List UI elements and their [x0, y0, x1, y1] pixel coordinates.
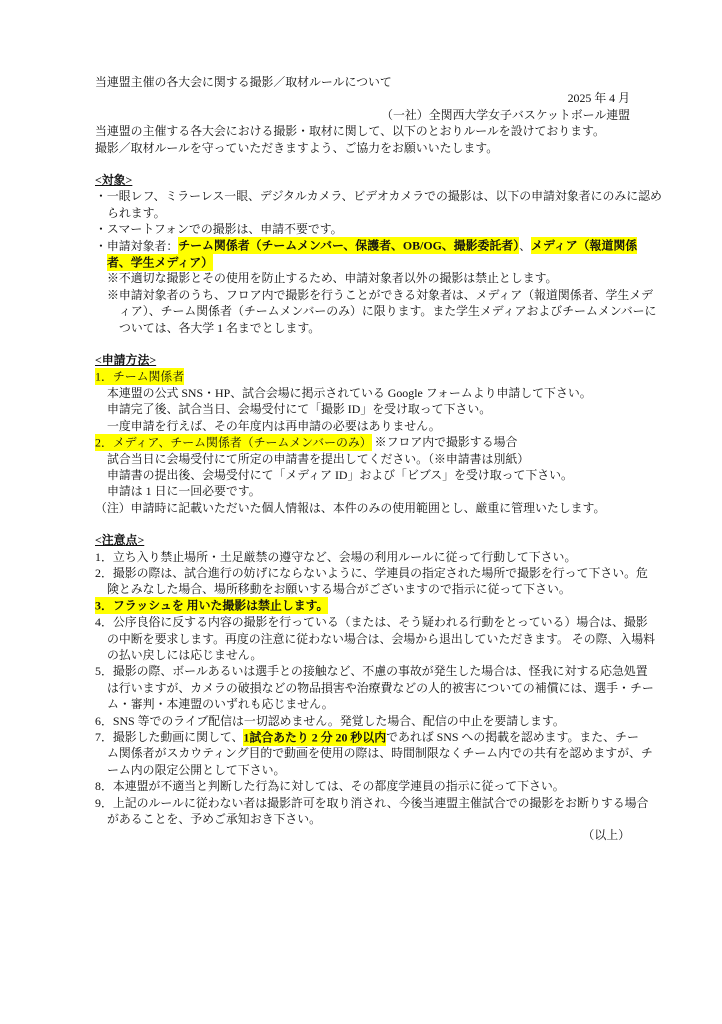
doc-line: ・一眼レフ、ミラーレス一眼、デジタルカメラ、ビデオカメラでの撮影は、以下の申請対…: [95, 188, 630, 204]
text-run: 試合当日に会場受付にて所定の申請書を提出してください。（※申請書は別紙）: [107, 452, 529, 466]
document-body: 当連盟主催の各大会に関する撮影／取材ルールについて2025 年 4 月（一社）全…: [95, 74, 630, 844]
text-run: （一社）全関西大学女子バスケットボール連盟: [381, 108, 630, 122]
doc-intro-line: 撮影／取材ルールを守っていただきますよう、ご協力をお願いいたします。: [95, 140, 630, 156]
doc-line: の払い戻しには応じません。: [107, 647, 630, 663]
text-run: ・スマートフォンでの撮影は、申請不要です。: [95, 222, 343, 236]
text-run: 1．立ち入り禁止場所・土足厳禁の遵守など、会場の利用ルールに従って行動して下さい…: [95, 550, 576, 564]
text-run: 8．本連盟が不適当と判断した行為に対しては、その都度学連員の指示に従って下さい。: [95, 779, 565, 793]
text-run: は行いますが、カメラの破損などの物品損害や治療費などの人的被害についての補償には…: [107, 681, 654, 695]
highlighted-text: チーム関係者（チームメンバー、保護者、OB/OG、撮影委託者）: [178, 237, 519, 254]
doc-line: ・申請対象者：チーム関係者（チームメンバー、保護者、OB/OG、撮影委託者）、メ…: [95, 238, 630, 254]
text-run: 2．撮影の際は、試合進行の妨げにならないように、学連員の指定された場所で撮影を行…: [95, 566, 648, 580]
doc-line: られます。: [107, 205, 630, 221]
text-run: ※申請対象者のうち、フロア内で撮影を行うことができる対象者は、メディア（報道関係…: [107, 288, 653, 302]
text-run: <注意点>: [95, 533, 144, 547]
text-run: 当連盟主催の各大会に関する撮影／取材ルールについて: [95, 75, 392, 89]
doc-line: 7．撮影した動画に関して、1試合あたり 2 分 20 秒以内であれば SNS へ…: [95, 729, 630, 745]
text-run: であれば SNS への掲載を認めます。また、チー: [386, 730, 639, 744]
text-run: ※フロア内で撮影する場合: [372, 435, 518, 449]
text-run: <申請方法>: [95, 353, 156, 367]
doc-line: 1．立ち入り禁止場所・土足厳禁の遵守など、会場の利用ルールに従って行動して下さい…: [95, 549, 630, 565]
text-run: ・申請対象者：: [95, 239, 178, 253]
section-heading-target: <対象>: [95, 172, 630, 188]
doc-line: ム関係者がスカウティング目的で動画を使用の際は、時間制限なくチーム内での共有を認…: [107, 745, 630, 761]
doc-line: 申請は 1 日に一回必要です。: [107, 483, 630, 499]
text-run: 当連盟の主催する各大会における撮影・取材に関して、以下のとおりルールを設けており…: [95, 124, 605, 138]
text-run: ィア）、チーム関係者（チームメンバーのみ）に限ります。また学生メディアおよびチー…: [119, 304, 656, 318]
text-run: の中断を要求します。再度の注意に従わない場合は、会場から退出していただきます。 …: [107, 632, 655, 646]
text-run: ーム内の限定公開として下さい。: [107, 763, 285, 777]
doc-line: ーム内の限定公開として下さい。: [107, 762, 630, 778]
doc-line: 2．撮影の際は、試合進行の妨げにならないように、学連員の指定された場所で撮影を行…: [95, 565, 630, 581]
doc-line: ついては、各大学 1 名までとします。: [119, 320, 630, 336]
doc-line: 本連盟の公式 SNS・HP、試合会場に掲示されている Google フォームより…: [107, 385, 630, 401]
text-run: 4．公序良俗に反する内容の撮影を行っている（または、そう疑われる行動をとっている…: [95, 615, 648, 629]
doc-organization: （一社）全関西大学女子バスケットボール連盟: [95, 107, 630, 123]
highlighted-text: 1．チーム関係者: [95, 368, 184, 385]
text-run: 険とみなした場合、場所移動をお願いする場合がございますので指示に従って下さい。: [107, 582, 571, 596]
text-run: 7．撮影した動画に関して、: [95, 730, 243, 744]
text-run: ム関係者がスカウティング目的で動画を使用の際は、時間制限なくチーム内での共有を認…: [107, 746, 653, 760]
text-run: ついては、各大学 1 名までとします。: [119, 321, 320, 335]
text-run: の払い戻しには応じません。: [107, 648, 262, 662]
text-run: <対象>: [95, 173, 132, 187]
doc-intro-line: 当連盟の主催する各大会における撮影・取材に関して、以下のとおりルールを設けており…: [95, 123, 630, 139]
highlighted-text: 2．メディア、チーム関係者（チームメンバーのみ）: [95, 434, 372, 451]
doc-line: があることを、予めご承知おき下さい。: [107, 811, 630, 827]
text-run: 6．SNS 等でのライブ配信は一切認めません。発覚した場合、配信の中止を要請しま…: [95, 714, 565, 728]
text-run: 撮影／取材ルールを守っていただきますよう、ご協力をお願いいたします。: [95, 141, 498, 155]
text-run: 、: [519, 239, 531, 253]
text-run: 申請完了後、試合当日、会場受付にて「撮影 ID」を受け取って下さい。: [107, 402, 491, 416]
doc-line: 9．上記のルールに従わない者は撮影許可を取り消され、今後当連盟主催試合での撮影を…: [95, 795, 630, 811]
text-run: 本連盟の公式 SNS・HP、試合会場に掲示されている Google フォームより…: [107, 386, 592, 400]
text-run: 申請は 1 日に一回必要です。: [107, 484, 261, 498]
text-run: ・一眼レフ、ミラーレス一眼、デジタルカメラ、ビデオカメラでの撮影は、以下の申請対…: [95, 189, 662, 203]
doc-line: 者、学生メディア）: [107, 254, 630, 270]
doc-line: 5．撮影の際、ボールあるいは選手との接触など、不慮の事故が発生した場合は、怪我に…: [95, 663, 630, 679]
section-heading-notes: <注意点>: [95, 532, 630, 548]
text-run: （以上）: [582, 828, 630, 842]
doc-line: 4．公序良俗に反する内容の撮影を行っている（または、そう疑われる行動をとっている…: [95, 614, 630, 630]
highlighted-text: メディア（報道関係: [531, 237, 637, 254]
highlighted-text: 3．フラッシュを 用いた撮影は禁止します。: [95, 597, 328, 614]
text-run: 申請書の提出後、会場受付にて「メディア ID」および「ビブス」を受け取って下さい…: [107, 468, 573, 482]
text-run: 2025 年 4 月: [568, 91, 630, 105]
doc-line: （注）申請時に記載いただいた個人情報は、本件のみの使用範囲とし、厳重に管理いたし…: [95, 500, 630, 516]
highlighted-text: 者、学生メディア）: [107, 254, 213, 271]
doc-closing: （以上）: [95, 827, 630, 843]
doc-line: 申請書の提出後、会場受付にて「メディア ID」および「ビブス」を受け取って下さい…: [107, 467, 630, 483]
doc-line: 申請完了後、試合当日、会場受付にて「撮影 ID」を受け取って下さい。: [107, 401, 630, 417]
text-run: ム・審判・本連盟のいずれも応じません。: [107, 697, 334, 711]
doc-line: 試合当日に会場受付にて所定の申請書を提出してください。（※申請書は別紙）: [107, 451, 630, 467]
doc-line: 険とみなした場合、場所移動をお願いする場合がございますので指示に従って下さい。: [107, 581, 630, 597]
doc-line: 1．チーム関係者: [95, 369, 630, 385]
doc-line: ィア）、チーム関係者（チームメンバーのみ）に限ります。また学生メディアおよびチー…: [119, 303, 630, 319]
doc-line: ※申請対象者のうち、フロア内で撮影を行うことができる対象者は、メディア（報道関係…: [107, 287, 630, 303]
doc-line: 8．本連盟が不適当と判断した行為に対しては、その都度学連員の指示に従って下さい。: [95, 778, 630, 794]
doc-line: 一度申請を行えば、その年度内は再申請の必要はありません。: [107, 418, 630, 434]
doc-line: 2．メディア、チーム関係者（チームメンバーのみ） ※フロア内で撮影する場合: [95, 434, 630, 450]
doc-line: は行いますが、カメラの破損などの物品損害や治療費などの人的被害についての補償には…: [107, 680, 630, 696]
doc-line: ム・審判・本連盟のいずれも応じません。: [107, 696, 630, 712]
document-page: 当連盟主催の各大会に関する撮影／取材ルールについて2025 年 4 月（一社）全…: [0, 0, 722, 1024]
text-run: があることを、予めご承知おき下さい。: [107, 812, 321, 826]
highlighted-text: 1試合あたり 2 分 20 秒以内: [243, 729, 386, 746]
text-run: ※不適切な撮影とその使用を防止するため、申請対象者以外の撮影は禁止とします。: [107, 271, 557, 285]
text-run: 一度申請を行えば、その年度内は再申請の必要はありません。: [107, 419, 441, 433]
text-run: 9．上記のルールに従わない者は撮影許可を取り消され、今後当連盟主催試合での撮影を…: [95, 796, 648, 810]
text-run: 5．撮影の際、ボールあるいは選手との接触など、不慮の事故が発生した場合は、怪我に…: [95, 664, 648, 678]
doc-line: ・スマートフォンでの撮影は、申請不要です。: [95, 221, 630, 237]
doc-title: 当連盟主催の各大会に関する撮影／取材ルールについて: [95, 74, 630, 90]
doc-line: の中断を要求します。再度の注意に従わない場合は、会場から退出していただきます。 …: [107, 631, 630, 647]
doc-date: 2025 年 4 月: [95, 90, 630, 106]
text-run: （注）申請時に記載いただいた個人情報は、本件のみの使用範囲とし、厳重に管理いたし…: [95, 501, 605, 515]
doc-line: 3．フラッシュを 用いた撮影は禁止します。: [95, 598, 630, 614]
doc-line: ※不適切な撮影とその使用を防止するため、申請対象者以外の撮影は禁止とします。: [107, 270, 630, 286]
section-heading-application: <申請方法>: [95, 352, 630, 368]
doc-line: 6．SNS 等でのライブ配信は一切認めません。発覚した場合、配信の中止を要請しま…: [95, 713, 630, 729]
text-run: られます。: [107, 206, 166, 220]
